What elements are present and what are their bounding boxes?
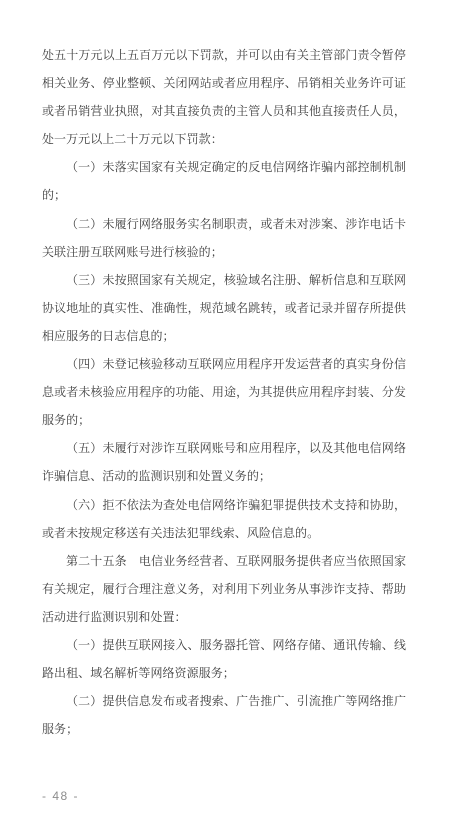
paragraph: （三）未按照国家有关规定，核验域名注册、解析信息和互联网协议地址的真实性、准确性…: [42, 266, 406, 350]
document-page: 处五十万元以上五百万元以下罚款，并可以由有关主管部门责令暂停相关业务、停业整顿、…: [0, 0, 462, 840]
paragraph: （二）提供信息发布或者搜索、广告推广、引流推广等网络推广服务；: [42, 687, 406, 743]
paragraph: （一）未落实国家有关规定确定的反电信网络诈骗内部控制机制的；: [42, 153, 406, 209]
paragraph: 第二十五条 电信业务经营者、互联网服务提供者应当依照国家有关规定，履行合理注意义…: [42, 547, 406, 631]
paragraph: （四）未登记核验移动互联网应用程序开发运营者的真实身份信息或者未核验应用程序的功…: [42, 350, 406, 434]
paragraph: （六）拒不依法为查处电信网络诈骗犯罪提供技术支持和协助，或者未按规定移送有关违法…: [42, 491, 406, 547]
paragraph: （一）提供互联网接入、服务器托管、网络存储、通讯传输、线路出租、域名解析等网络资…: [42, 631, 406, 687]
document-body: 处五十万元以上五百万元以下罚款，并可以由有关主管部门责令暂停相关业务、停业整顿、…: [42, 41, 406, 743]
paragraph: （五）未履行对涉诈互联网账号和应用程序，以及其他电信网络诈骗信息、活动的监测识别…: [42, 434, 406, 490]
paragraph: 处五十万元以上五百万元以下罚款，并可以由有关主管部门责令暂停相关业务、停业整顿、…: [42, 41, 406, 153]
page-number: - 48 -: [42, 789, 79, 803]
paragraph: （二）未履行网络服务实名制职责，或者未对涉案、涉诈电话卡关联注册互联网账号进行核…: [42, 210, 406, 266]
